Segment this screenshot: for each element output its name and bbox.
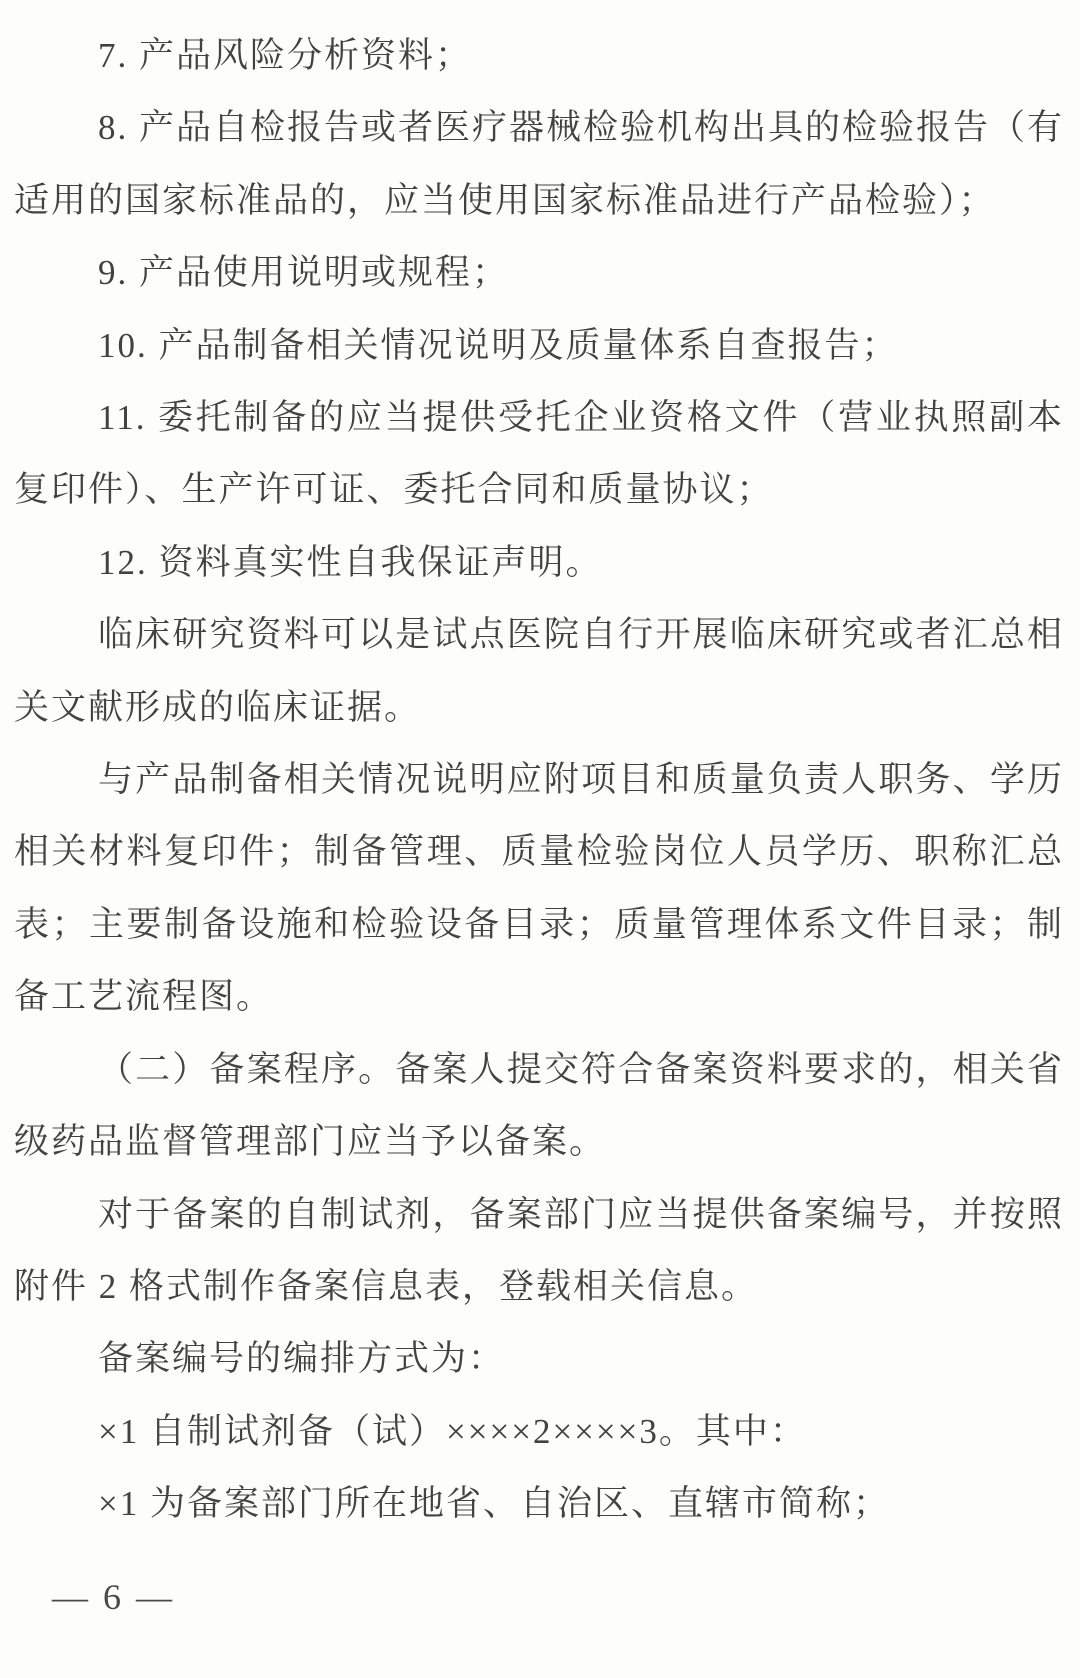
list-item-11: 11. 委托制备的应当提供受托企业资格文件（营业执照副本复印件）、生产许可证、委…	[14, 382, 1064, 527]
list-item-10: 10. 产品制备相关情况说明及质量体系自查报告；	[14, 310, 1064, 382]
body-paragraph-filing-procedure: （二）备案程序。备案人提交符合备案资料要求的，相关省级药品监督管理部门应当予以备…	[14, 1034, 1064, 1179]
list-item-8: 8. 产品自检报告或者医疗器械检验机构出具的检验报告（有适用的国家标准品的，应当…	[14, 92, 1064, 237]
body-paragraph-clinical-research: 临床研究资料可以是试点医院自行开展临床研究或者汇总相关文献形成的临床证据。	[14, 599, 1064, 744]
body-paragraph-preparation-materials: 与产品制备相关情况说明应附项目和质量负责人职务、学历相关材料复印件；制备管理、质…	[14, 744, 1064, 1034]
body-paragraph-numbering-format: ×1 自制试剂备（试）××××2××××3。其中：	[14, 1396, 1064, 1468]
list-item-12: 12. 资料真实性自我保证声明。	[14, 527, 1064, 599]
page-number: — 6 —	[52, 1576, 175, 1618]
body-paragraph-numbering-intro: 备案编号的编排方式为：	[14, 1323, 1064, 1395]
list-item-7: 7. 产品风险分析资料；	[14, 20, 1064, 92]
body-paragraph-filing-number-issue: 对于备案的自制试剂，备案部门应当提供备案编号，并按照附件 2 格式制作备案信息表…	[14, 1179, 1064, 1324]
body-paragraph-numbering-region: ×1 为备案部门所在地省、自治区、直辖市简称；	[14, 1468, 1064, 1540]
document-page: 7. 产品风险分析资料； 8. 产品自检报告或者医疗器械检验机构出具的检验报告（…	[0, 0, 1080, 1678]
list-item-9: 9. 产品使用说明或规程；	[14, 237, 1064, 309]
